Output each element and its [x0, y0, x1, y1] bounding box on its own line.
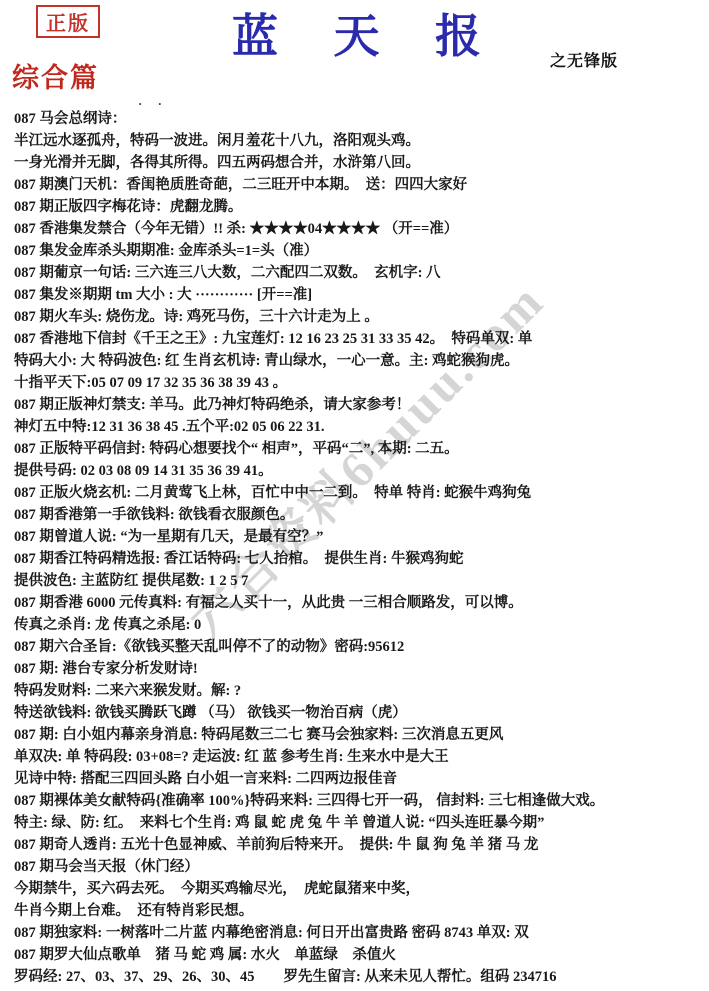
text-line: 087 马会总纲诗：: [14, 108, 708, 130]
text-line: 087 期曾道人说: “为一星期有几天，是最有空？”: [14, 526, 708, 548]
text-line: 087 期火车头: 烧伤龙。诗: 鸡死马伤，三十六计走为上 。: [14, 306, 708, 328]
text-line: 087 期正版四字梅花诗：虎翻龙腾。: [14, 196, 708, 218]
section-title: 综合篇: [12, 56, 99, 95]
text-line: 见诗中特: 搭配三四回头路 白小姐一言来料: 二四两边报佳音: [14, 768, 708, 790]
text-line: 087 正版火烧玄机: 二月黄莺飞上林，百忙中中一二到。 特单 特肖: 蛇猴牛鸡…: [14, 482, 708, 504]
text-line: 特送欲钱料: 欲钱买腾跃飞蹲 （马） 欲钱买一物治百病（虎）: [14, 702, 708, 724]
text-line: 神灯五中特:12 31 36 38 45 .五个平:02 05 06 22 31…: [14, 416, 708, 438]
text-line: 特码发财料: 二来六来猴发财。解: ?: [14, 680, 708, 702]
text-line: 087 期正版神灯禁支: 羊马。此乃神灯特码绝杀，请大家参考！: [14, 394, 708, 416]
page-title: 蓝 天 报: [232, 0, 503, 66]
text-line: 087 期葡京一句话: 三六连三八大数，二六配四二双数。 玄机字: 八: [14, 262, 708, 284]
text-line: 一身光滑并无脚，各得其所得。四五两码想合并，水浒第八回。: [14, 152, 708, 174]
authentic-badge-label: 正版: [46, 7, 90, 36]
text-line: 单双决: 单 特码段: 03+08=? 走运波: 红 蓝 参考生肖: 生来水中是…: [14, 746, 708, 768]
text-line: 提供号码: 02 03 08 09 14 31 35 36 39 41。: [14, 460, 708, 482]
text-line: 今期禁牛，买六码去死。 今期买鸡输尽光， 虎蛇鼠猪来中奖，: [14, 878, 708, 900]
text-line: 087 期香江特码精选报: 香江话特码: 七人抬棺。 提供生肖: 牛猴鸡狗蛇: [14, 548, 708, 570]
text-line: 半江远水逐孤舟，特码一波进。闲月羞花十八九，洛阳观头鸡。: [14, 130, 708, 152]
text-line: 特主: 绿、防: 红。 来料七个生肖: 鸡 鼠 蛇 虎 兔 牛 羊 曾道人说: …: [14, 812, 708, 834]
text-line: 087 期香港 6000 元传真料: 有福之人买十一，从此贵 一三相合顺路发，可…: [14, 592, 708, 614]
text-line: 087 期马会当天报（休门经）: [14, 856, 708, 878]
text-line: 十指平天下:05 07 09 17 32 35 36 38 39 43 。: [14, 372, 708, 394]
text-line: 087 集发※期期 tm 大小 : 大 ············ [开==准]: [14, 284, 708, 306]
text-line: 087 期罗大仙点歌单 猪 马 蛇 鸡 属: 水火 单蓝绿 杀值火: [14, 944, 708, 966]
text-line: 087 集发金库杀头期期准: 金库杀头=1=头（准）: [14, 240, 708, 262]
text-line: 087 期裸体美女献特码{准确率 100%}特码来料: 三四得七开一码， 信封料…: [14, 790, 708, 812]
text-line: 罗码经: 27、03、37、29、26、30、45 罗先生留言: 从来未见人帮忙…: [14, 966, 708, 988]
text-line: 087 期香港第一手欲钱料: 欲钱看衣服颜色。: [14, 504, 708, 526]
text-line: 087 期澳门天机：香闺艳质胜奇葩，二三旺开中本期。 送：四四大家好: [14, 174, 708, 196]
text-line: 特码大小: 大 特码波色: 红 生肖玄机诗: 青山绿水，一心一意。主: 鸡蛇猴狗…: [14, 350, 708, 372]
text-line: 087 香港地下信封《千王之王》: 九宝莲灯: 12 16 23 25 31 3…: [14, 328, 708, 350]
authentic-badge: 正版: [36, 5, 100, 38]
text-line: 传真之杀肖: 龙 传真之杀尾: 0: [14, 614, 708, 636]
text-line: 087 期独家料: 一树落叶二片蓝 内幕绝密消息: 何日开出富贵路 密码 874…: [14, 922, 708, 944]
newspaper-page: 正版 蓝 天 报 之无锋版 综合篇 · · 六合资料6huuu.com 087 …: [0, 0, 709, 991]
text-line: 087 香港集发禁合（今年无错）!! 杀: ★★★★04★★★★ （开==准）: [14, 218, 708, 240]
text-line: 087 期: 港台专家分析发财诗!: [14, 658, 708, 680]
text-line: 牛肖今期上台难。 还有特肖彩民想。: [14, 900, 708, 922]
text-line: 087 期奇人透肖: 五光十色显神威、羊前狗后特来开。 提供: 牛 鼠 狗 兔 …: [14, 834, 708, 856]
edition-label: 之无锋版: [550, 48, 618, 71]
text-line: 087 期: 白小姐内幕亲身消息: 特码尾数三二七 赛马会独家料: 三次消息五更…: [14, 724, 708, 746]
text-line: 提供波色: 主蓝防红 提供尾数: 1 2 5 7: [14, 570, 708, 592]
text-line: 087 期六合圣旨:《欲钱买整天乱叫停不了的动物》密码:95612: [14, 636, 708, 658]
body-lines: 087 马会总纲诗：半江远水逐孤舟，特码一波进。闲月羞花十八九，洛阳观头鸡。一身…: [14, 108, 708, 988]
text-line: 087 正版特平码信封: 特码心想要找个“ 相声”，平码“二”, 本期: 二五。: [14, 438, 708, 460]
